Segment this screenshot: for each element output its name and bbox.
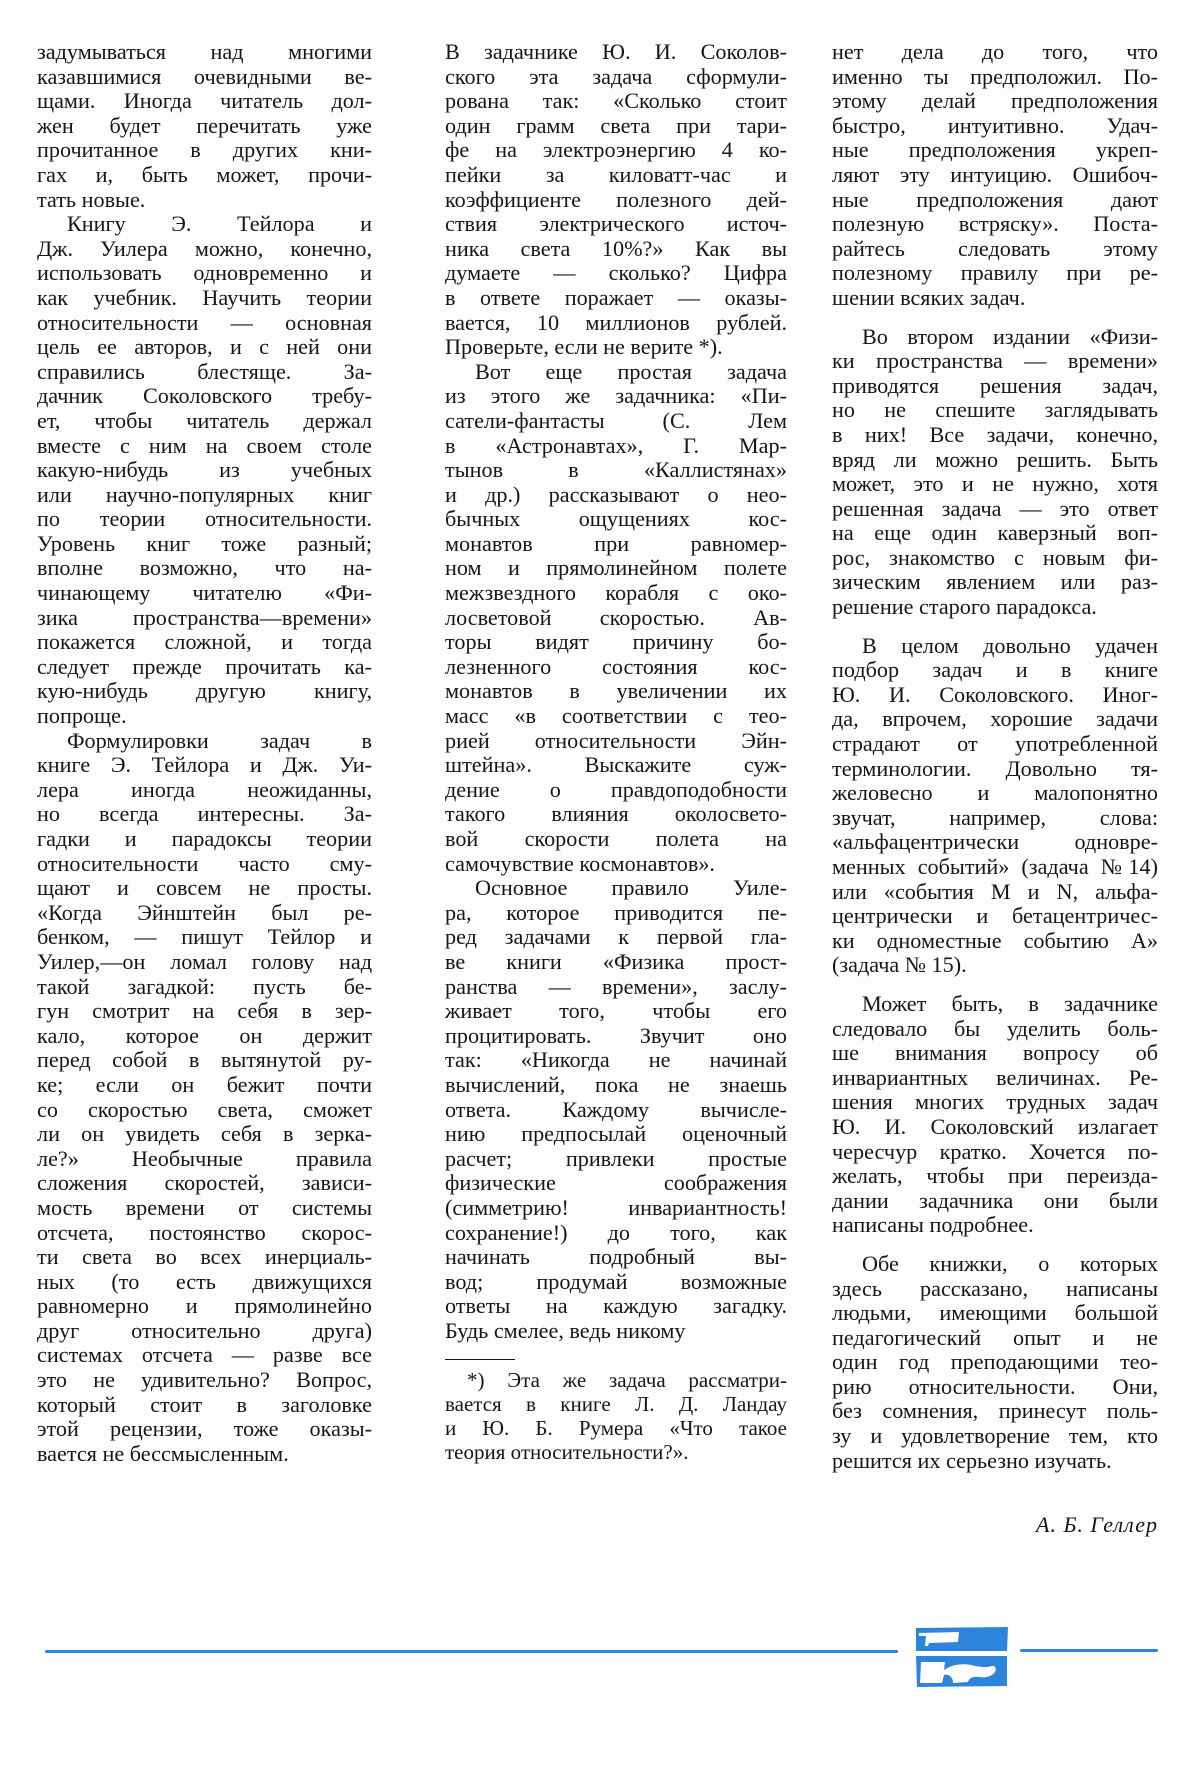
text-line: равномерно и прямолинейно	[37, 1294, 372, 1319]
text-line: ные предположения укреп-	[832, 138, 1158, 163]
text-line: ке; если он бежит почти	[37, 1073, 372, 1098]
text-line: щами. Иногда читатель дол-	[37, 89, 372, 114]
paragraph: Основное правило Уиле-ра, которое привод…	[445, 876, 787, 1343]
text-line: со скоростью света, сможет	[37, 1098, 372, 1123]
footnote-line: *) Эта же задача рассматри-	[445, 1368, 787, 1392]
text-line: Формулировки задач в	[37, 729, 372, 754]
text-line: вается не бессмысленным.	[37, 1442, 372, 1467]
text-line: Во втором издании «Физи-	[832, 325, 1158, 350]
text-line: людьми, имеющими большой	[832, 1301, 1158, 1326]
text-line: ствия электрического источ-	[445, 212, 787, 237]
text-line: именно ты предположил. По-	[832, 65, 1158, 90]
text-line: гун смотрит на себя в зер-	[37, 999, 372, 1024]
text-line: шения многих трудных задач	[832, 1090, 1158, 1115]
text-line: полезную встряску». Поста-	[832, 212, 1158, 237]
text-line: жен будет перечитать уже	[37, 114, 372, 139]
text-line: это не удивительно? Вопрос,	[37, 1368, 372, 1393]
text-line: подбор задач и в книге	[832, 658, 1158, 683]
text-line: ных (то есть движущихся	[37, 1270, 372, 1295]
text-line: Вот еще простая задача	[445, 360, 787, 385]
text-line: Ю. И. Соколовский излагает	[832, 1115, 1158, 1140]
text-line: «Когда Эйнштейн был ре-	[37, 901, 372, 926]
column-2: В задачнике Ю. И. Соколов-ского эта зада…	[445, 40, 787, 1464]
text-line: гадки и парадоксы теории	[37, 827, 372, 852]
text-line: ки одноместные событию A»	[832, 929, 1158, 954]
text-line: пейки за киловатт-час и	[445, 163, 787, 188]
text-line: или научно-популярных книг	[37, 483, 372, 508]
text-line: но всегда интересны. За-	[37, 802, 372, 827]
text-line: живает того, чтобы его	[445, 999, 787, 1024]
text-line: торы видят причину бо-	[445, 630, 787, 655]
text-line: ные предположения дают	[832, 188, 1158, 213]
footer-rule-right	[1020, 1649, 1158, 1652]
text-line: Может быть, в задачнике	[832, 992, 1158, 1017]
text-line: такого влияния околосвето-	[445, 802, 787, 827]
text-line: лосветовой скоростью. Ав-	[445, 606, 787, 631]
text-line: казавшимися очевидными ве-	[37, 65, 372, 90]
text-line: сатели-фантасты (С. Лем	[445, 409, 787, 434]
text-line: ответа. Каждому вычисле-	[445, 1098, 787, 1123]
column-1: задумываться над многимиказавшимися очев…	[37, 40, 372, 1466]
text-line: ра, которое приводится пе-	[445, 901, 787, 926]
text-line: ранства — времени», заслу-	[445, 975, 787, 1000]
text-line: решенная задача — это ответ	[832, 497, 1158, 522]
text-line: ет, чтобы читатель держал	[37, 409, 372, 434]
text-line: ле?» Необычные правила	[37, 1147, 372, 1172]
text-line: монавтов в увеличении их	[445, 679, 787, 704]
text-line: инвариантных величинах. Ре-	[832, 1066, 1158, 1091]
column-3: нет дела до того, чтоименно ты предполож…	[832, 40, 1158, 1473]
text-line: щают и совсем не просты.	[37, 876, 372, 901]
text-line: относительности часто сму-	[37, 852, 372, 877]
text-line: тать новые.	[37, 188, 372, 213]
text-line: масс «в соответствии с тео-	[445, 704, 787, 729]
text-line: из этого же задачника: «Пи-	[445, 384, 787, 409]
text-line: Обе книжки, о которых	[832, 1252, 1158, 1277]
paragraph: Формулировки задач вкниге Э. Тейлора и Д…	[37, 729, 372, 1467]
text-line: нию предпосылай оценочный	[445, 1122, 787, 1147]
text-line: кало, которое он держит	[37, 1024, 372, 1049]
text-line: вполне возможно, что на-	[37, 556, 372, 581]
text-line: Уилер,—он ломал голову над	[37, 950, 372, 975]
text-line: ном и прямолинейном полете	[445, 556, 787, 581]
text-line: вод; продумай возможные	[445, 1270, 787, 1295]
text-line: следует прежде прочитать ка-	[37, 655, 372, 680]
journal-logo-icon	[915, 1625, 1008, 1687]
text-line: один год преподающими тео-	[832, 1350, 1158, 1375]
text-line: расчет; привлеки простые	[445, 1147, 787, 1172]
paragraph: нет дела до того, чтоименно ты предполож…	[832, 40, 1158, 311]
text-line: ве книги «Физика прост-	[445, 950, 787, 975]
text-line: покажется сложной, и тогда	[37, 630, 372, 655]
text-line: межзвездного корабля с око-	[445, 581, 787, 606]
text-line: думаете — сколько? Цифра	[445, 261, 787, 286]
text-line: в них! Все задачи, конечно,	[832, 423, 1158, 448]
text-line: этой рецензии, тоже оказы-	[37, 1417, 372, 1442]
text-line: лезненного состояния кос-	[445, 655, 787, 680]
text-line: книге Э. Тейлора и Дж. Уи-	[37, 753, 372, 778]
text-line: зическим явлением или раз-	[832, 570, 1158, 595]
paragraph: Может быть, в задачникеследовало бы удел…	[832, 992, 1158, 1238]
text-line: дение о правдоподобности	[445, 778, 787, 803]
text-line: системах отсчета — разве все	[37, 1343, 372, 1368]
text-line: полезному правилу при ре-	[832, 261, 1158, 286]
text-line: штейна». Выскажите суж-	[445, 753, 787, 778]
text-line: ти света во всех инерциаль-	[37, 1245, 372, 1270]
text-line: да, впрочем, хорошие задачи	[832, 707, 1158, 732]
text-line: на еще один каверзный воп-	[832, 521, 1158, 546]
text-line: следовало бы уделить боль-	[832, 1017, 1158, 1042]
text-line: приводятся решения задач,	[832, 374, 1158, 399]
text-line: зу и удовлетворение тем, кто	[832, 1424, 1158, 1449]
text-line: вычислений, пока не знаешь	[445, 1073, 787, 1098]
text-line: чинающему читателю «Фи-	[37, 581, 372, 606]
text-line: коэффициенте полезного дей-	[445, 188, 787, 213]
text-line: цель ее авторов, и с ней они	[37, 335, 372, 360]
paragraph: Обе книжки, о которыхздесь рассказано, н…	[832, 1252, 1158, 1473]
text-line: (симметрию! инвариантность!	[445, 1196, 787, 1221]
text-line: бычных ощущениях кос-	[445, 507, 787, 532]
text-line: использовать одновременно и	[37, 261, 372, 286]
text-line: физические соображения	[445, 1171, 787, 1196]
text-line: который стоит в заголовке	[37, 1393, 372, 1418]
text-line: страдают от употребленной	[832, 732, 1158, 757]
text-line: прочитанное в других кни-	[37, 138, 372, 163]
text-line: лера иногда неожиданны,	[37, 778, 372, 803]
text-line: процитировать. Звучит оно	[445, 1024, 787, 1049]
text-line: вой скорости полета на	[445, 827, 787, 852]
text-line: желать, чтобы при переизда-	[832, 1164, 1158, 1189]
text-line: Дж. Уилера можно, конечно,	[37, 237, 372, 262]
text-line: перед собой в вытянутой ру-	[37, 1048, 372, 1073]
text-line: Ю. И. Соколовского. Иног-	[832, 683, 1158, 708]
footnote-line: и Ю. Б. Румера «Что такое	[445, 1416, 787, 1440]
text-line: звучат, например, слова:	[832, 806, 1158, 831]
text-line: монавтов при равномер-	[445, 532, 787, 557]
text-line: мость времени от системы	[37, 1196, 372, 1221]
text-line: и др.) рассказывают о нео-	[445, 483, 787, 508]
text-line: какую-нибудь из учебных	[37, 458, 372, 483]
text-line: относительности — основная	[37, 311, 372, 336]
text-line: как учебник. Научить теории	[37, 286, 372, 311]
text-line: Проверьте, если не верите *).	[445, 335, 787, 360]
text-line: задумываться над многими	[37, 40, 372, 65]
text-line: вряд ли можно решить. Быть	[832, 448, 1158, 473]
text-line: но не спешите заглядывать	[832, 398, 1158, 423]
text-line: этому делай предположения	[832, 89, 1158, 114]
text-line: друг относительно друга)	[37, 1319, 372, 1344]
text-line: ответы на каждую загадку.	[445, 1294, 787, 1319]
text-line: ника света 10%?» Как вы	[445, 237, 787, 262]
text-line: вместе с ним на своем столе	[37, 434, 372, 459]
text-line: Основное правило Уиле-	[445, 876, 787, 901]
text-line: райтесь следовать этому	[832, 237, 1158, 262]
text-line: рос, знакомство с новым фи-	[832, 546, 1158, 571]
text-line: нет дела до того, что	[832, 40, 1158, 65]
footnote-line: вается в книге Л. Д. Ландау	[445, 1392, 787, 1416]
text-line: «альфацентрически одновре-	[832, 830, 1158, 855]
text-line: гах и, быть может, прочи-	[37, 163, 372, 188]
text-line: быстро, интуитивно. Удач-	[832, 114, 1158, 139]
footnote-divider	[445, 1359, 515, 1360]
text-line: чересчур кратко. Хочется по-	[832, 1140, 1158, 1165]
text-line: так: «Никогда не начинай	[445, 1048, 787, 1073]
text-line: сохранение!) до того, как	[445, 1221, 787, 1246]
text-line: здесь рассказано, написаны	[832, 1277, 1158, 1302]
text-line: отсчета, постоянство скорос-	[37, 1221, 372, 1246]
text-line: начинать подробный вы-	[445, 1245, 787, 1270]
text-line: ского эта задача сформули-	[445, 65, 787, 90]
text-line: терминологии. Довольно тя-	[832, 757, 1158, 782]
text-line: написаны подробнее.	[832, 1213, 1158, 1238]
text-line: кую-нибудь другую книгу,	[37, 679, 372, 704]
text-line: педагогический опыт и не	[832, 1326, 1158, 1351]
text-line: справились блестяще. За-	[37, 360, 372, 385]
text-line: в «Астронавтах», Г. Мар-	[445, 434, 787, 459]
text-line: рию относительности. Они,	[832, 1375, 1158, 1400]
text-line: без сомнения, принесут поль-	[832, 1399, 1158, 1424]
text-line: такой загадкой: пусть бе-	[37, 975, 372, 1000]
text-line: решение старого парадокса.	[832, 595, 1158, 620]
author-signature: А. Б. Геллер	[1036, 1512, 1158, 1538]
text-line: ляют эту интуицию. Ошибоч-	[832, 163, 1158, 188]
text-line: дании задачника они были	[832, 1189, 1158, 1214]
text-line: дачник Соколовского требу-	[37, 384, 372, 409]
text-line: по теории относительности.	[37, 507, 372, 532]
paragraph: Во втором издании «Физи-ки пространства …	[832, 325, 1158, 620]
text-line: шении всяких задач.	[832, 286, 1158, 311]
footer-rule-left	[45, 1650, 898, 1653]
footnote-line: теория относительности?».	[445, 1440, 787, 1464]
text-line: Будь смелее, ведь никому	[445, 1319, 787, 1344]
text-line: центрически и бетацентричес-	[832, 904, 1158, 929]
text-line: В задачнике Ю. И. Соколов-	[445, 40, 787, 65]
text-line: фе на электроэнергию 4 ко-	[445, 138, 787, 163]
text-line: ли он увидеть себя в зерка-	[37, 1122, 372, 1147]
text-line: ред задачами к первой гла-	[445, 925, 787, 950]
text-line: решится их серьезно изучать.	[832, 1449, 1158, 1474]
text-line: рией относительности Эйн-	[445, 729, 787, 754]
text-line: самочувствие космонавтов».	[445, 852, 787, 877]
text-line: попроще.	[37, 704, 372, 729]
text-line: может, это и не нужно, хотя	[832, 472, 1158, 497]
text-line: рована так: «Сколько стоит	[445, 89, 787, 114]
paragraph: задумываться над многимиказавшимися очев…	[37, 40, 372, 212]
paragraph: В целом довольно удаченподбор задач и в …	[832, 634, 1158, 978]
text-line: тынов в «Каллистянах»	[445, 458, 787, 483]
text-line: Книгу Э. Тейлора и	[37, 212, 372, 237]
text-line: зика пространства—времени»	[37, 606, 372, 631]
text-line: ше внимания вопросу об	[832, 1041, 1158, 1066]
paragraph: Книгу Э. Тейлора иДж. Уилера можно, коне…	[37, 212, 372, 728]
text-line: ки пространства — времени»	[832, 349, 1158, 374]
text-line: вается, 10 миллионов рублей.	[445, 311, 787, 336]
text-line: сложения скоростей, зависи-	[37, 1171, 372, 1196]
text-line: (задача № 15).	[832, 953, 1158, 978]
text-line: менных событий» (задача №14)	[832, 855, 1158, 880]
paragraph: В задачнике Ю. И. Соколов-ского эта зада…	[445, 40, 787, 360]
text-line: или «события M и N, альфа-	[832, 880, 1158, 905]
text-line: в ответе поражает — оказы-	[445, 286, 787, 311]
footnote: *) Эта же задача рассматри-вается в книг…	[445, 1368, 787, 1464]
text-line: Уровень книг тоже разный;	[37, 532, 372, 557]
paragraph: Вот еще простая задачаиз этого же задачн…	[445, 360, 787, 876]
text-line: В целом довольно удачен	[832, 634, 1158, 659]
text-line: один грамм света при тари-	[445, 114, 787, 139]
text-line: бенком, — пишут Тейлор и	[37, 925, 372, 950]
text-line: желовесно и малопонятно	[832, 781, 1158, 806]
